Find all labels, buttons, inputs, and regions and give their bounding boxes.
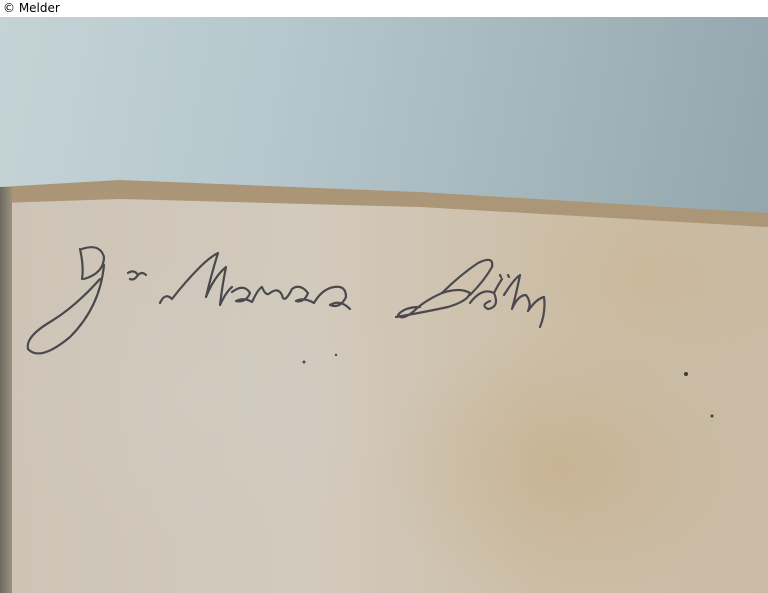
handwritten-inscription [0, 17, 768, 593]
copyright-caption: © Melder [3, 1, 60, 15]
photo: Dr Maria Stöhr [0, 17, 768, 593]
caption-bar: © Melder [0, 0, 768, 17]
